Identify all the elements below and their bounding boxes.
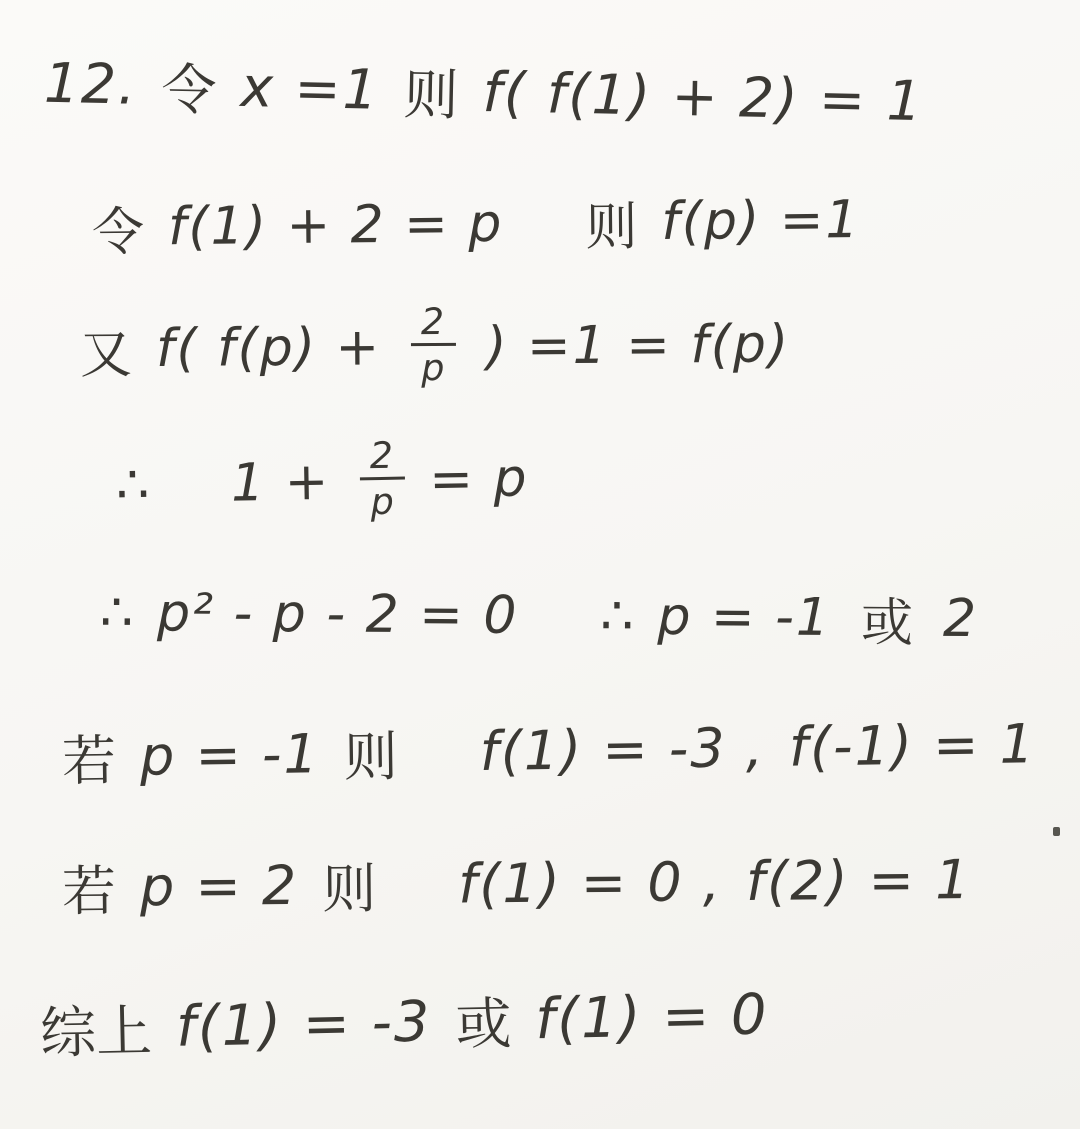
- cjk-then: 则: [585, 184, 638, 260]
- page: { "paper": { "background": "#f7f6f3", "i…: [0, 0, 1080, 1129]
- expr-1-plus: 1 +: [231, 452, 331, 514]
- ink-speck: [1053, 827, 1060, 836]
- expr-f1-equals-0: f(1) = 0: [535, 982, 770, 1052]
- fraction-2-over-p: 2 p: [411, 303, 457, 388]
- cjk-let: 令: [92, 189, 145, 265]
- expr-f-of-fp-plus: f( f(p) +: [156, 318, 382, 380]
- math-line-7: 若 p = 2 则 f(1) = 0 , f(2) = 1: [62, 841, 972, 926]
- fraction-denominator: p: [411, 343, 456, 388]
- fraction-denominator: p: [360, 477, 406, 522]
- cjk-then: 则: [343, 714, 398, 792]
- therefore-symbol: ∴: [600, 586, 634, 646]
- expr-f1-equals-neg3: f(1) = -3 ,: [479, 716, 765, 783]
- expr-x-equals-1: x =1: [240, 54, 380, 121]
- cjk-then: 则: [403, 50, 460, 130]
- expr-f1-equals-neg3: f(1) = -3: [175, 989, 432, 1059]
- math-line-3: 又 f( f(p) + 2 p ) =1 = f(p): [80, 303, 791, 392]
- expr-f1-plus-2-equals-p: f(1) + 2 = p: [168, 193, 504, 257]
- expr-equals-p: = p: [429, 449, 529, 511]
- expr-f-neg1-equals-1: f(-1) = 1: [788, 712, 1036, 778]
- fraction-numerator: 2: [413, 303, 454, 344]
- math-line-6: 若 p = -1 则 f(1) = -3 , f(-1) = 1: [62, 705, 1037, 796]
- expr-f1-equals-0: f(1) = 0 ,: [458, 850, 722, 915]
- handwritten-note-photo: 12. 令 x =1 则 f( f(1) + 2) = 1 令 f(1) + 2…: [0, 0, 1080, 1129]
- expr-fp-equals-1: f(p) =1: [661, 189, 861, 251]
- expr-p-equals-2: p = 2: [140, 854, 299, 918]
- math-line-4: ∴ 1 + 2 p = p: [115, 436, 529, 528]
- cjk-then: 则: [322, 846, 377, 923]
- expr-f-of-f1-plus-2: f( f(1) + 2) = 1: [482, 59, 924, 132]
- expr-p-equals-neg1: p = -1: [657, 586, 831, 647]
- math-line-2: 令 f(1) + 2 = p 则 f(p) =1: [92, 182, 861, 265]
- cjk-let: 令: [161, 45, 218, 125]
- expr-quadratic: p² - p - 2 = 0: [157, 583, 519, 646]
- math-line-8: 综上 f(1) = -3 或 f(1) = 0: [39, 974, 769, 1069]
- value-2: 2: [943, 588, 979, 648]
- problem-number: 12.: [43, 50, 138, 116]
- cjk-or: 或: [861, 580, 914, 655]
- cjk-if: 若: [62, 848, 117, 925]
- expr-f2-equals-1: f(2) = 1: [746, 848, 972, 913]
- cjk-also: 又: [80, 312, 133, 387]
- math-line-1: 12. 令 x =1 则 f( f(1) + 2) = 1: [43, 43, 924, 140]
- fraction-2-over-p: 2 p: [360, 437, 407, 522]
- expr-equals-1-equals-fp: ) =1 = f(p): [486, 315, 790, 377]
- therefore-symbol: ∴: [116, 455, 150, 516]
- fraction-numerator: 2: [361, 437, 403, 478]
- math-line-5: ∴ p² - p - 2 = 0 ∴ p = -1 或 2: [100, 575, 979, 656]
- expr-p-equals-neg1: p = -1: [140, 722, 321, 788]
- cjk-if: 若: [62, 718, 117, 796]
- cjk-in-summary: 综上: [39, 987, 153, 1069]
- therefore-symbol: ∴: [100, 582, 134, 642]
- cjk-or: 或: [455, 980, 513, 1061]
